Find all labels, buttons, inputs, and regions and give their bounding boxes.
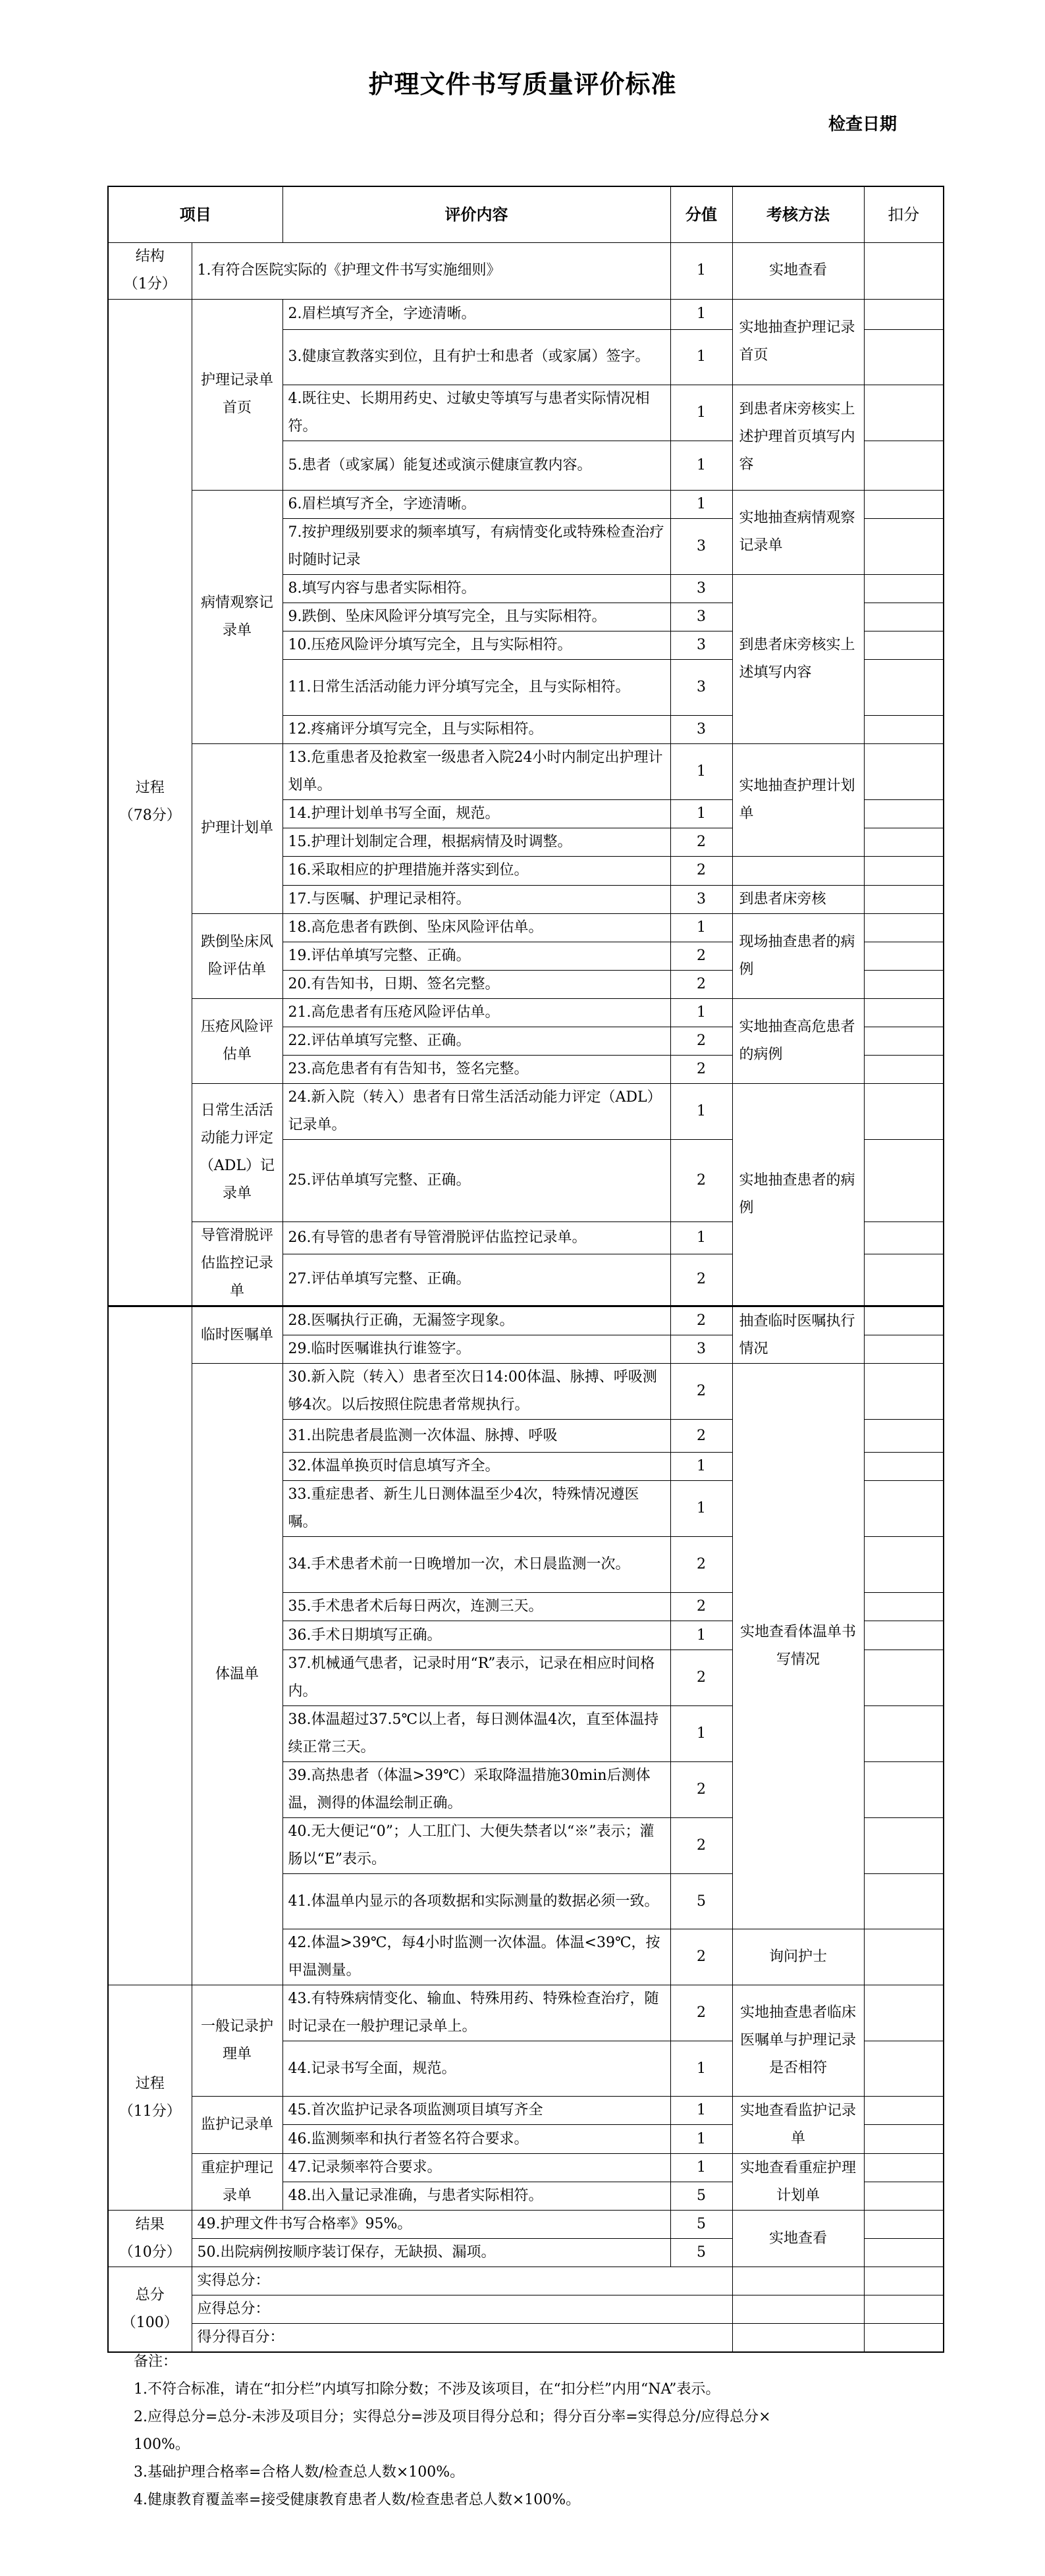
score-cell: 1 xyxy=(670,1481,732,1537)
criterion-cell: 19.评估单填写完整、正确。 xyxy=(282,942,670,970)
notes-heading: 备注： xyxy=(134,2348,924,2376)
deduct-input-cell[interactable] xyxy=(864,631,944,659)
note-item: 1.不符合标准，请在“扣分栏”内填写扣除分数；不涉及该项目，在“扣分栏”内用“N… xyxy=(134,2376,924,2403)
method-cell: 实地抽查护理计划单 xyxy=(732,743,864,856)
table-row: 跌倒坠床风险评估单18.高危患者有跌倒、坠床风险评估单。1现场抽查患者的病例 xyxy=(108,913,944,942)
score-cell: 5 xyxy=(670,2182,732,2211)
deduct-input-cell[interactable] xyxy=(864,998,944,1027)
table-row: 体温单30.新入院（转入）患者至次日14:00体温、脉搏、呼吸测够4次。以后按照… xyxy=(108,1364,944,1420)
header-score: 分值 xyxy=(670,186,732,242)
deduct-input-cell[interactable] xyxy=(864,1027,944,1055)
score-cell: 5 xyxy=(670,2211,732,2239)
header-method: 考核方法 xyxy=(732,186,864,242)
deduct-input-cell[interactable] xyxy=(864,1985,944,2041)
method-cell: 现场抽查患者的病例 xyxy=(732,913,864,998)
score-cell: 1 xyxy=(670,1453,732,1481)
deduct-input-cell[interactable] xyxy=(864,1083,944,1139)
score-cell: 1 xyxy=(670,1621,732,1650)
score-cell: 2 xyxy=(670,856,732,885)
criterion-cell: 1.有符合医院实际的《护理文件书写实施细则》 xyxy=(192,242,670,299)
score-cell: 2 xyxy=(670,1985,732,2041)
subcategory-cell: 护理计划单 xyxy=(192,743,282,913)
table-body-page2: 临时医嘱单28.医嘱执行正确，无漏签字现象。2抽查临时医嘱执行情况29.临时医嘱… xyxy=(108,1306,944,2352)
evaluation-table-page2: 临时医嘱单28.医嘱执行正确，无漏签字现象。2抽查临时医嘱执行情况29.临时医嘱… xyxy=(107,1306,944,2353)
criterion-cell: 17.与医嘱、护理记录相符。 xyxy=(282,885,670,913)
deduct-input-cell[interactable] xyxy=(864,1481,944,1537)
deduct-input-cell[interactable] xyxy=(864,1254,944,1306)
criterion-cell: 20.有告知书，日期、签名完整。 xyxy=(282,970,670,998)
score-cell: 3 xyxy=(670,1335,732,1364)
deduct-input-cell[interactable] xyxy=(864,1874,944,1929)
deduct-input-cell[interactable] xyxy=(864,242,944,299)
criterion-cell: 29.临时医嘱谁执行谁签字。 xyxy=(282,1335,670,1364)
score-cell: 1 xyxy=(670,2097,732,2125)
deduct-input-cell[interactable] xyxy=(864,1221,944,1254)
subcategory-cell: 监护记录单 xyxy=(192,2097,282,2154)
deduct-input-cell[interactable] xyxy=(864,1537,944,1593)
deduct-input-cell[interactable] xyxy=(864,856,944,885)
table-row: 监护记录单45.首次监护记录各项监测项目填写齐全1实地查看监护记录单 xyxy=(108,2097,944,2125)
criterion-cell: 4.既往史、长期用药史、过敏史等填写与患者实际情况相符。 xyxy=(282,385,670,441)
score-cell: 1 xyxy=(670,441,732,490)
total-section-cell: 总分 （100） xyxy=(108,2267,192,2353)
criterion-cell: 40.无大便记“0”；人工肛门、大便失禁者以“※”表示；灌肠以“E”表示。 xyxy=(282,1818,670,1874)
deduct-input-cell[interactable] xyxy=(864,2211,944,2239)
score-cell: 1 xyxy=(670,1221,732,1254)
note-item: 3.基础护理合格率=合格人数/检查总人数×100%。 xyxy=(134,2459,924,2486)
score-cell: 2 xyxy=(670,1818,732,1874)
deduct-input-cell[interactable] xyxy=(864,2041,944,2097)
deduct-input-cell[interactable] xyxy=(864,1364,944,1420)
note-item: 2.应得总分=总分-未涉及项目分；实得总分=涉及项目得分总和；得分百分率=实得总… xyxy=(134,2403,924,2431)
criterion-cell: 14.护理计划单书写全面，规范。 xyxy=(282,799,670,828)
score-cell: 2 xyxy=(670,1364,732,1420)
table-row: 压疮风险评估单21.高危患者有压疮风险评估单。1实地抽查高危患者的病例 xyxy=(108,998,944,1027)
deduct-input-cell[interactable] xyxy=(864,329,944,385)
criterion-cell: 10.压疮风险评分填写完全，且与实际相符。 xyxy=(282,631,670,659)
criterion-cell: 41.体温单内显示的各项数据和实际测量的数据必须一致。 xyxy=(282,1874,670,1929)
deduct-input-cell[interactable] xyxy=(864,942,944,970)
deduct-input-cell[interactable] xyxy=(864,299,944,329)
method-cell: 实地查看 xyxy=(732,2211,864,2267)
criterion-cell: 28.医嘱执行正确，无漏签字现象。 xyxy=(282,1306,670,1335)
score-cell: 1 xyxy=(670,2125,732,2154)
deduct-input-cell[interactable] xyxy=(864,490,944,518)
method-cell: 抽查临时医嘱执行情况 xyxy=(732,1306,864,1364)
criterion-cell: 15.护理计划制定合理，根据病情及时调整。 xyxy=(282,828,670,856)
total-row: 应得总分： xyxy=(108,2295,944,2324)
score-cell: 3 xyxy=(670,574,732,603)
subcategory-cell: 病情观察记录单 xyxy=(192,490,282,743)
evaluation-table-page1: 项目 评价内容 分值 考核方法 扣分 结构 （1分）1.有符合医院实际的《护理文… xyxy=(107,186,944,1306)
header-deduct: 扣分 xyxy=(864,186,944,242)
deduct-input-cell[interactable] xyxy=(864,799,944,828)
subcategory-cell: 压疮风险评估单 xyxy=(192,998,282,1083)
header-item: 项目 xyxy=(108,186,282,242)
score-cell: 2 xyxy=(670,1306,732,1335)
deduct-input-cell[interactable] xyxy=(864,1139,944,1221)
total-deduct-cell[interactable] xyxy=(864,2267,944,2295)
score-cell: 1 xyxy=(670,385,732,441)
method-cell: 到患者床旁核实上述填写内容 xyxy=(732,574,864,743)
criterion-cell: 38.体温超过37.5℃以上者，每日测体温4次，直至体温持续正常三天。 xyxy=(282,1706,670,1762)
deduct-input-cell[interactable] xyxy=(864,2097,944,2125)
criterion-cell: 24.新入院（转入）患者有日常生活活动能力评定（ADL）记录单。 xyxy=(282,1083,670,1139)
criterion-cell: 50.出院病例按顺序装订保存，无缺损、漏项。 xyxy=(192,2239,670,2267)
total-label-cell: 实得总分： xyxy=(192,2267,732,2295)
criterion-cell: 8.填写内容与患者实际相符。 xyxy=(282,574,670,603)
score-cell: 1 xyxy=(670,913,732,942)
score-cell: 1 xyxy=(670,1706,732,1762)
subcategory-cell: 导管滑脱评估监控记录单 xyxy=(192,1221,282,1306)
total-method-cell xyxy=(732,2267,864,2295)
criterion-cell: 13.危重患者及抢救室一级患者入院24小时内制定出护理计划单。 xyxy=(282,743,670,799)
criterion-cell: 30.新入院（转入）患者至次日14:00体温、脉搏、呼吸测够4次。以后按照住院患… xyxy=(282,1364,670,1420)
criterion-cell: 7.按护理级别要求的频率填写，有病情变化或特殊检查治疗时随时记录 xyxy=(282,518,670,574)
total-row: 总分 （100）实得总分： xyxy=(108,2267,944,2295)
section-cell xyxy=(108,1306,192,1985)
criterion-cell: 36.手术日期填写正确。 xyxy=(282,1621,670,1650)
score-cell: 2 xyxy=(670,1139,732,1221)
criterion-cell: 3.健康宣教落实到位，且有护士和患者（或家属）签字。 xyxy=(282,329,670,385)
score-cell: 1 xyxy=(670,2154,732,2182)
criterion-cell: 45.首次监护记录各项监测项目填写齐全 xyxy=(282,2097,670,2125)
notes-section: 备注： 1.不符合标准，请在“扣分栏”内填写扣除分数；不涉及该项目，在“扣分栏”… xyxy=(134,2348,924,2514)
deduct-input-cell[interactable] xyxy=(864,574,944,603)
section-cell: 过程 （11分） xyxy=(108,1985,192,2211)
table-row: 结构 （1分）1.有符合医院实际的《护理文件书写实施细则》1实地查看 xyxy=(108,242,944,299)
deduct-input-cell[interactable] xyxy=(864,1650,944,1706)
check-date-label: 检查日期 xyxy=(828,113,897,136)
table-row: 临时医嘱单28.医嘱执行正确，无漏签字现象。2抽查临时医嘱执行情况 xyxy=(108,1306,944,1335)
method-cell: 询问护士 xyxy=(732,1929,864,1985)
criterion-cell: 22.评估单填写完整、正确。 xyxy=(282,1027,670,1055)
note-item: 4.健康教育覆盖率=接受健康教育患者人数/检查患者总人数×100%。 xyxy=(134,2486,924,2514)
score-cell: 3 xyxy=(670,885,732,913)
score-cell: 1 xyxy=(670,299,732,329)
score-cell: 5 xyxy=(670,1874,732,1929)
criterion-cell: 34.手术患者术前一日晚增加一次，术日晨监测一次。 xyxy=(282,1537,670,1593)
deduct-input-cell[interactable] xyxy=(864,715,944,743)
score-cell: 2 xyxy=(670,1537,732,1593)
header-content: 评价内容 xyxy=(282,186,670,242)
method-cell xyxy=(732,856,864,885)
deduct-input-cell[interactable] xyxy=(864,1055,944,1083)
total-method-cell xyxy=(732,2295,864,2324)
score-cell: 2 xyxy=(670,1254,732,1306)
score-cell: 2 xyxy=(670,1650,732,1706)
deduct-input-cell[interactable] xyxy=(864,2154,944,2182)
criterion-cell: 42.体温>39℃，每4小时监测一次体温。体温<39℃，按甲温测量。 xyxy=(282,1929,670,1985)
score-cell: 1 xyxy=(670,329,732,385)
deduct-input-cell[interactable] xyxy=(864,2239,944,2267)
deduct-input-cell[interactable] xyxy=(864,1335,944,1364)
score-cell: 2 xyxy=(670,1593,732,1621)
score-cell: 1 xyxy=(670,1083,732,1139)
score-cell: 1 xyxy=(670,242,732,299)
criterion-cell: 18.高危患者有跌倒、坠床风险评估单。 xyxy=(282,913,670,942)
method-cell: 到患者床旁核实上述护理首页填写内容 xyxy=(732,385,864,490)
table-body-page1: 结构 （1分）1.有符合医院实际的《护理文件书写实施细则》1实地查看过程 （78… xyxy=(108,242,944,1306)
table-row: 护理计划单13.危重患者及抢救室一级患者入院24小时内制定出护理计划单。1实地抽… xyxy=(108,743,944,799)
document-title: 护理文件书写质量评价标准 xyxy=(0,68,1045,100)
subcategory-cell: 日常生活活动能力评定（ADL）记录单 xyxy=(192,1083,282,1221)
criterion-cell: 26.有导管的患者有导管滑脱评估监控记录单。 xyxy=(282,1221,670,1254)
table-row: 过程 （11分）一般记录护理单43.有特殊病情变化、输血、特殊用药、特殊检查治疗… xyxy=(108,1985,944,2041)
score-cell: 1 xyxy=(670,743,732,799)
criterion-cell: 48.出入量记录准确，与患者实际相符。 xyxy=(282,2182,670,2211)
score-cell: 1 xyxy=(670,490,732,518)
score-cell: 3 xyxy=(670,659,732,715)
section-cell: 结果 （10分） xyxy=(108,2211,192,2267)
deduct-input-cell[interactable] xyxy=(864,1706,944,1762)
criterion-cell: 21.高危患者有压疮风险评估单。 xyxy=(282,998,670,1027)
criterion-cell: 31.出院患者晨监测一次体温、脉搏、呼吸 xyxy=(282,1420,670,1453)
criterion-cell: 35.手术患者术后每日两次，连测三天。 xyxy=(282,1593,670,1621)
deduct-input-cell[interactable] xyxy=(864,1818,944,1874)
criterion-cell: 32.体温单换页时信息填写齐全。 xyxy=(282,1453,670,1481)
method-cell: 实地抽查护理记录首页 xyxy=(732,299,864,385)
score-cell: 3 xyxy=(670,603,732,631)
criterion-cell: 27.评估单填写完整、正确。 xyxy=(282,1254,670,1306)
method-cell: 实地查看 xyxy=(732,242,864,299)
subcategory-cell: 体温单 xyxy=(192,1364,282,1985)
deduct-input-cell[interactable] xyxy=(864,1593,944,1621)
method-cell: 实地查看体温单书写情况 xyxy=(732,1364,864,1929)
header-row: 项目 评价内容 分值 考核方法 扣分 xyxy=(108,186,944,242)
criterion-cell: 33.重症患者、新生儿日测体温至少4次，特殊情况遵医嘱。 xyxy=(282,1481,670,1537)
deduct-input-cell[interactable] xyxy=(864,441,944,490)
deduct-input-cell[interactable] xyxy=(864,2182,944,2211)
criterion-cell: 11.日常生活活动能力评分填写完全，且与实际相符。 xyxy=(282,659,670,715)
score-cell: 3 xyxy=(670,631,732,659)
score-cell: 2 xyxy=(670,1027,732,1055)
note-item: 100%。 xyxy=(134,2431,924,2459)
deduct-input-cell[interactable] xyxy=(864,1453,944,1481)
criterion-cell: 16.采取相应的护理措施并落实到位。 xyxy=(282,856,670,885)
score-cell: 2 xyxy=(670,1055,732,1083)
score-cell: 2 xyxy=(670,942,732,970)
table-row: 日常生活活动能力评定（ADL）记录单24.新入院（转入）患者有日常生活活动能力评… xyxy=(108,1083,944,1139)
criterion-cell: 23.高危患者有有告知书，签名完整。 xyxy=(282,1055,670,1083)
method-cell: 实地查看监护记录单 xyxy=(732,2097,864,2154)
criterion-cell: 5.患者（或家属）能复述或演示健康宣教内容。 xyxy=(282,441,670,490)
table-row: 重症护理记录单47.记录频率符合要求。1实地查看重症护理计划单 xyxy=(108,2154,944,2182)
score-cell: 3 xyxy=(670,518,732,574)
method-cell: 实地抽查患者的病例 xyxy=(732,1083,864,1306)
criterion-cell: 49.护理文件书写合格率》95%。 xyxy=(192,2211,670,2239)
deduct-input-cell[interactable] xyxy=(864,970,944,998)
deduct-input-cell[interactable] xyxy=(864,385,944,441)
table-row: 结果 （10分）49.护理文件书写合格率》95%。5实地查看 xyxy=(108,2211,944,2239)
criterion-cell: 47.记录频率符合要求。 xyxy=(282,2154,670,2182)
deduct-input-cell[interactable] xyxy=(864,1621,944,1650)
table-row: 病情观察记录单6.眉栏填写齐全，字迹清晰。1实地抽查病情观察记录单 xyxy=(108,490,944,518)
subcategory-cell: 护理记录单首页 xyxy=(192,299,282,490)
subcategory-cell: 临时医嘱单 xyxy=(192,1306,282,1364)
total-deduct-cell[interactable] xyxy=(864,2295,944,2324)
score-cell: 2 xyxy=(670,1929,732,1985)
deduct-input-cell[interactable] xyxy=(864,743,944,799)
deduct-input-cell[interactable] xyxy=(864,2125,944,2154)
deduct-input-cell[interactable] xyxy=(864,659,944,715)
table-row: 过程 （78分）护理记录单首页2.眉栏填写齐全，字迹清晰。1实地抽查护理记录首页 xyxy=(108,299,944,329)
method-cell: 到患者床旁核 xyxy=(732,885,864,913)
score-cell: 3 xyxy=(670,715,732,743)
subcategory-cell: 跌倒坠床风险评估单 xyxy=(192,913,282,998)
criterion-cell: 43.有特殊病情变化、输血、特殊用药、特殊检查治疗，随时记录在一般护理记录单上。 xyxy=(282,1985,670,2041)
section-cell: 过程 （78分） xyxy=(108,299,192,1306)
score-cell: 2 xyxy=(670,1420,732,1453)
score-cell: 2 xyxy=(670,970,732,998)
score-cell: 5 xyxy=(670,2239,732,2267)
deduct-input-cell[interactable] xyxy=(864,913,944,942)
method-cell: 实地查看重症护理计划单 xyxy=(732,2154,864,2211)
deduct-input-cell[interactable] xyxy=(864,603,944,631)
subcategory-cell: 一般记录护理单 xyxy=(192,1985,282,2097)
criterion-cell: 39.高热患者（体温>39℃）采取降温措施30min后测体温，测得的体温绘制正确… xyxy=(282,1762,670,1818)
criterion-cell: 44.记录书写全面，规范。 xyxy=(282,2041,670,2097)
criterion-cell: 12.疼痛评分填写完全，且与实际相符。 xyxy=(282,715,670,743)
deduct-input-cell[interactable] xyxy=(864,1929,944,1985)
deduct-input-cell[interactable] xyxy=(864,518,944,574)
score-cell: 1 xyxy=(670,2041,732,2097)
total-label-cell: 应得总分： xyxy=(192,2295,732,2324)
method-cell: 实地抽查病情观察记录单 xyxy=(732,490,864,574)
method-cell: 实地抽查高危患者的病例 xyxy=(732,998,864,1083)
criterion-cell: 9.跌倒、坠床风险评分填写完全，且与实际相符。 xyxy=(282,603,670,631)
score-cell: 1 xyxy=(670,998,732,1027)
deduct-input-cell[interactable] xyxy=(864,828,944,856)
deduct-input-cell[interactable] xyxy=(864,885,944,913)
method-cell: 实地抽查患者临床医嘱单与护理记录是否相符 xyxy=(732,1985,864,2097)
subcategory-cell: 重症护理记录单 xyxy=(192,2154,282,2211)
criterion-cell: 37.机械通气患者，记录时用“R”表示，记录在相应时间格内。 xyxy=(282,1650,670,1706)
criterion-cell: 2.眉栏填写齐全，字迹清晰。 xyxy=(282,299,670,329)
criterion-cell: 6.眉栏填写齐全，字迹清晰。 xyxy=(282,490,670,518)
deduct-input-cell[interactable] xyxy=(864,1306,944,1335)
deduct-input-cell[interactable] xyxy=(864,1762,944,1818)
criterion-cell: 25.评估单填写完整、正确。 xyxy=(282,1139,670,1221)
score-cell: 1 xyxy=(670,799,732,828)
score-cell: 2 xyxy=(670,828,732,856)
deduct-input-cell[interactable] xyxy=(864,1420,944,1453)
criterion-cell: 46.监测频率和执行者签名符合要求。 xyxy=(282,2125,670,2154)
score-cell: 2 xyxy=(670,1762,732,1818)
section-cell: 结构 （1分） xyxy=(108,242,192,299)
